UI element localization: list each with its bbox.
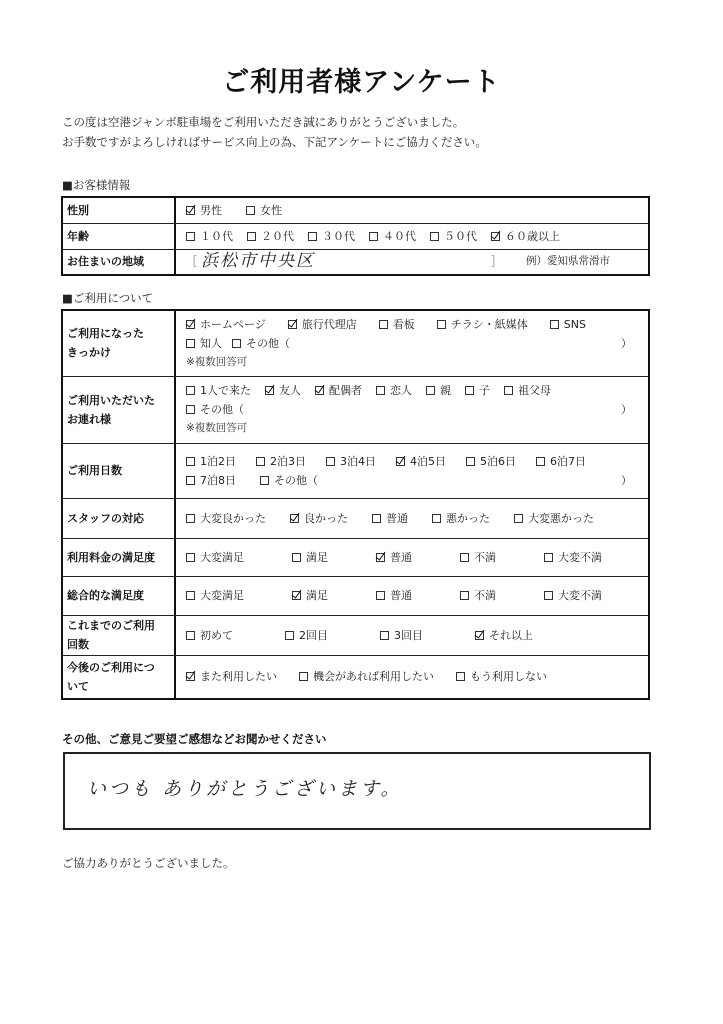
checkbox-label: 友人 xyxy=(279,381,301,400)
checkbox-label: ３０代 xyxy=(322,227,355,246)
checkbox-label: 普通 xyxy=(390,548,412,567)
checkbox-icon[interactable] xyxy=(369,232,378,241)
checkbox-option[interactable]: 大変満足 xyxy=(186,586,244,605)
checkbox-icon[interactable] xyxy=(292,553,301,562)
intro-text: この度は空港ジャンボ駐車場をご利用いただき誠にありがとうございました。 お手数で… xyxy=(62,112,487,152)
visits-label: これまでのご利用 回数 xyxy=(62,615,175,655)
region-input[interactable]: 浜松市中央区 xyxy=(201,252,491,271)
checkbox-icon[interactable] xyxy=(285,631,294,640)
checkbox-label: 満足 xyxy=(306,586,328,605)
price-options: 大変満足満足普通不満大変不満 xyxy=(175,538,649,576)
checkbox-label: 初めて xyxy=(200,626,233,645)
days-label: ご利用日数 xyxy=(62,443,175,498)
overall-options: 大変満足満足普通不満大変不満 xyxy=(175,576,649,615)
checkbox-option[interactable]: 大変不満 xyxy=(544,586,602,605)
checkbox-option[interactable]: 5泊6日 xyxy=(466,452,516,471)
future-option-list: また利用したい機会があれば利用したいもう利用しない xyxy=(186,667,638,686)
age-label: 年齢 xyxy=(62,223,175,249)
checked-checkbox-icon[interactable] xyxy=(396,457,405,466)
region-field-cell: ［ 浜松市中央区 ］ 例）愛知県常滑市 xyxy=(175,249,649,275)
checkbox-option[interactable]: 普通 xyxy=(376,548,412,567)
checkbox-option[interactable]: 良かった xyxy=(290,509,348,528)
comments-textarea[interactable]: いつも ありがとうございます。 xyxy=(63,752,651,830)
trigger-label-line-1: ご利用になった xyxy=(67,324,170,343)
checkbox-label: その他（ xyxy=(246,334,290,353)
checkbox-option[interactable]: また利用したい xyxy=(186,667,277,686)
checkbox-option[interactable]: 大変悪かった xyxy=(514,509,594,528)
checked-checkbox-icon[interactable] xyxy=(376,553,385,562)
checkbox-icon[interactable] xyxy=(379,320,388,329)
checkbox-label: 看板 xyxy=(393,315,415,334)
checkbox-option[interactable]: その他（ xyxy=(232,334,290,353)
gender-label: 性別 xyxy=(62,197,175,223)
visits-label-line-2: 回数 xyxy=(67,635,170,654)
checkbox-option[interactable]: 初めて xyxy=(186,626,233,645)
future-label-line-1: 今後のご利用につ xyxy=(67,658,170,677)
companions-label-line-2: お連れ様 xyxy=(67,410,170,429)
checkbox-label: また利用したい xyxy=(200,667,277,686)
price-label: 利用料金の満足度 xyxy=(62,538,175,576)
checkbox-label: 5泊6日 xyxy=(480,452,516,471)
overall-option-list: 大変満足満足普通不満大変不満 xyxy=(186,586,638,605)
checkbox-icon[interactable] xyxy=(186,476,195,485)
checkbox-option[interactable]: 普通 xyxy=(372,509,408,528)
checkbox-label: ４０代 xyxy=(383,227,416,246)
checkbox-icon[interactable] xyxy=(514,514,523,523)
checkbox-option[interactable]: 満足 xyxy=(292,586,328,605)
age-row: 年齢 １０代２０代３０代４０代５０代６０歳以上 xyxy=(62,223,649,249)
checkbox-label: 女性 xyxy=(260,201,282,220)
checkbox-option[interactable]: 3泊4日 xyxy=(326,452,376,471)
trigger-options: ホームページ旅行代理店看板チラシ・紙媒体SNS 知人その他（ ） ※複数回答可 xyxy=(175,310,649,376)
customer-info-table: 性別 男性女性 年齢 １０代２０代３０代４０代５０代６０歳以上 お住まいの地域 … xyxy=(61,196,650,276)
age-options: １０代２０代３０代４０代５０代６０歳以上 xyxy=(175,223,649,249)
checkbox-icon[interactable] xyxy=(376,386,385,395)
checkbox-label: 2泊3日 xyxy=(270,452,306,471)
checked-checkbox-icon[interactable] xyxy=(288,320,297,329)
companions-option-row-1: 1人で来た友人配偶者恋人親子祖父母 xyxy=(186,381,638,400)
region-example: 例）愛知県常滑市 xyxy=(526,252,610,271)
checkbox-option[interactable]: それ以上 xyxy=(475,626,533,645)
checkbox-label: 1人で来た xyxy=(200,381,251,400)
checkbox-option[interactable]: 1泊2日 xyxy=(186,452,236,471)
checkbox-icon[interactable] xyxy=(544,591,553,600)
checkbox-icon[interactable] xyxy=(186,514,195,523)
intro-line-1: この度は空港ジャンボ駐車場をご利用いただき誠にありがとうございました。 xyxy=(62,112,487,132)
checkbox-label: 大変悪かった xyxy=(528,509,594,528)
checkbox-icon[interactable] xyxy=(232,339,241,348)
checkbox-label: 2回目 xyxy=(299,626,328,645)
checkbox-option[interactable]: その他（ xyxy=(260,471,318,490)
checkbox-icon[interactable] xyxy=(256,457,265,466)
checkbox-option[interactable]: １０代 xyxy=(186,227,233,246)
checkbox-option[interactable]: 4泊5日 xyxy=(396,452,446,471)
companions-label-line-1: ご利用いただいた xyxy=(67,391,170,410)
intro-line-2: お手数ですがよろしければサービス向上の為、下記アンケートにご協力ください。 xyxy=(62,132,487,152)
future-label: 今後のご利用につ いて xyxy=(62,655,175,699)
checkbox-option[interactable]: もう利用しない xyxy=(456,667,547,686)
days-other-close: ） xyxy=(621,471,638,490)
checkbox-label: それ以上 xyxy=(489,626,533,645)
checkbox-option[interactable]: チラシ・紙媒体 xyxy=(437,315,528,334)
age-option-list: １０代２０代３０代４０代５０代６０歳以上 xyxy=(186,227,638,246)
usage-table: ご利用になった きっかけ ホームページ旅行代理店看板チラシ・紙媒体SNS 知人そ… xyxy=(61,309,650,700)
checked-checkbox-icon[interactable] xyxy=(186,672,195,681)
checkbox-icon[interactable] xyxy=(326,457,335,466)
checkbox-label: ２０代 xyxy=(261,227,294,246)
trigger-label-line-2: きっかけ xyxy=(67,343,170,362)
checkbox-icon[interactable] xyxy=(437,320,446,329)
checkbox-option[interactable]: 友人 xyxy=(265,381,301,400)
checkbox-option[interactable]: 配偶者 xyxy=(315,381,362,400)
checkbox-label: 4泊5日 xyxy=(410,452,446,471)
region-open-bracket: ［ xyxy=(186,252,197,271)
usage-section-heading: ■ご利用について xyxy=(62,290,153,306)
checkbox-icon[interactable] xyxy=(466,457,475,466)
future-label-line-2: いて xyxy=(67,677,170,696)
checkbox-icon[interactable] xyxy=(430,232,439,241)
overall-row: 総合的な満足度 大変満足満足普通不満大変不満 xyxy=(62,576,649,615)
checkbox-label: その他（ xyxy=(274,471,318,490)
checkbox-label: 不満 xyxy=(474,548,496,567)
checkbox-option[interactable]: 大変不満 xyxy=(544,548,602,567)
checkbox-icon[interactable] xyxy=(372,514,381,523)
staff-label: スタッフの対応 xyxy=(62,498,175,538)
checkbox-option[interactable]: 7泊8日 xyxy=(186,471,236,490)
region-label: お住まいの地域 xyxy=(62,249,175,275)
region-close-bracket: ］ xyxy=(491,252,502,271)
checkbox-icon[interactable] xyxy=(380,631,389,640)
checkbox-icon[interactable] xyxy=(504,386,513,395)
checkbox-option[interactable]: ３０代 xyxy=(308,227,355,246)
checkbox-label: もう利用しない xyxy=(470,667,547,686)
staff-option-list: 大変良かった良かった普通悪かった大変悪かった xyxy=(186,509,638,528)
checked-checkbox-icon[interactable] xyxy=(186,206,195,215)
checked-checkbox-icon[interactable] xyxy=(290,514,299,523)
checkbox-option[interactable]: 男性 xyxy=(186,201,222,220)
days-option-row-1: 1泊2日2泊3日3泊4日4泊5日5泊6日6泊7日 xyxy=(186,452,638,471)
checkbox-option[interactable]: 恋人 xyxy=(376,381,412,400)
checkbox-option[interactable]: ４０代 xyxy=(369,227,416,246)
price-option-list: 大変満足満足普通不満大変不満 xyxy=(186,548,638,567)
checkbox-icon[interactable] xyxy=(246,206,255,215)
checkbox-icon[interactable] xyxy=(432,514,441,523)
checkbox-option[interactable]: 不満 xyxy=(460,586,496,605)
checkbox-label: 6泊7日 xyxy=(550,452,586,471)
checkbox-label: 3泊4日 xyxy=(340,452,376,471)
checkbox-icon[interactable] xyxy=(465,386,474,395)
visits-label-line-1: これまでのご利用 xyxy=(67,616,170,635)
checkbox-icon[interactable] xyxy=(186,553,195,562)
trigger-option-row-2-list: 知人その他（ xyxy=(186,334,290,353)
checkbox-option[interactable]: ２０代 xyxy=(247,227,294,246)
days-option-row-2-list: 7泊8日その他（ xyxy=(186,471,318,490)
checkbox-option[interactable]: その他（ xyxy=(186,400,244,419)
region-line: ［ 浜松市中央区 ］ 例）愛知県常滑市 xyxy=(186,252,638,271)
trigger-row: ご利用になった きっかけ ホームページ旅行代理店看板チラシ・紙媒体SNS 知人そ… xyxy=(62,310,649,376)
days-row: ご利用日数 1泊2日2泊3日3泊4日4泊5日5泊6日6泊7日 7泊8日その他（ … xyxy=(62,443,649,498)
checkbox-icon[interactable] xyxy=(186,591,195,600)
companions-option-row-2: その他（ ） xyxy=(186,400,638,419)
checkbox-option[interactable]: 知人 xyxy=(186,334,222,353)
trigger-label: ご利用になった きっかけ xyxy=(62,310,175,376)
gender-options: 男性女性 xyxy=(175,197,649,223)
checked-checkbox-icon[interactable] xyxy=(475,631,484,640)
checkbox-option[interactable]: 満足 xyxy=(292,548,328,567)
checked-checkbox-icon[interactable] xyxy=(491,232,500,241)
checkbox-icon[interactable] xyxy=(186,457,195,466)
future-options: また利用したい機会があれば利用したいもう利用しない xyxy=(175,655,649,699)
checkbox-label: 大変満足 xyxy=(200,586,244,605)
checkbox-option[interactable]: 女性 xyxy=(246,201,282,220)
checkbox-icon[interactable] xyxy=(456,672,465,681)
checkbox-option[interactable]: 悪かった xyxy=(432,509,490,528)
checkbox-icon[interactable] xyxy=(460,553,469,562)
checkbox-icon[interactable] xyxy=(186,386,195,395)
checked-checkbox-icon[interactable] xyxy=(265,386,274,395)
comments-heading: その他、ご意見ご要望ご感想などお聞かせください xyxy=(62,731,327,747)
days-option-row-2: 7泊8日その他（ ） xyxy=(186,471,638,490)
checkbox-label: 普通 xyxy=(390,586,412,605)
checkbox-option[interactable]: 不満 xyxy=(460,548,496,567)
checkbox-option[interactable]: ５０代 xyxy=(430,227,477,246)
visits-options: 初めて2回目3回目それ以上 xyxy=(175,615,649,655)
checkbox-option[interactable]: 子 xyxy=(465,381,490,400)
checkbox-label: 良かった xyxy=(304,509,348,528)
visits-row: これまでのご利用 回数 初めて2回目3回目それ以上 xyxy=(62,615,649,655)
thanks-text: ご協力ありがとうございました。 xyxy=(62,855,235,871)
checkbox-label: 知人 xyxy=(200,334,222,353)
companions-option-row-2-list: その他（ xyxy=(186,400,244,419)
checkbox-icon[interactable] xyxy=(299,672,308,681)
price-row: 利用料金の満足度 大変満足満足普通不満大変不満 xyxy=(62,538,649,576)
checkbox-label: 悪かった xyxy=(446,509,490,528)
checkbox-option[interactable]: 祖父母 xyxy=(504,381,551,400)
trigger-note: ※複数回答可 xyxy=(186,353,638,372)
checkbox-icon[interactable] xyxy=(376,591,385,600)
checkbox-label: 配偶者 xyxy=(329,381,362,400)
checkbox-option[interactable]: 2回目 xyxy=(285,626,328,645)
checkbox-option[interactable]: 3回目 xyxy=(380,626,423,645)
staff-options: 大変良かった良かった普通悪かった大変悪かった xyxy=(175,498,649,538)
checkbox-option[interactable]: 6泊7日 xyxy=(536,452,586,471)
checkbox-label: 大変良かった xyxy=(200,509,266,528)
checkbox-option[interactable]: 大変満足 xyxy=(186,548,244,567)
companions-row: ご利用いただいた お連れ様 1人で来た友人配偶者恋人親子祖父母 その他（ ） ※… xyxy=(62,376,649,443)
future-row: 今後のご利用につ いて また利用したい機会があれば利用したいもう利用しない xyxy=(62,655,649,699)
checkbox-label: 3回目 xyxy=(394,626,423,645)
overall-label: 総合的な満足度 xyxy=(62,576,175,615)
checkbox-label: SNS xyxy=(564,315,586,334)
checkbox-icon[interactable] xyxy=(544,553,553,562)
checkbox-label: 子 xyxy=(479,381,490,400)
checkbox-icon[interactable] xyxy=(186,339,195,348)
checkbox-option[interactable]: SNS xyxy=(550,315,586,334)
checkbox-icon[interactable] xyxy=(186,631,195,640)
checked-checkbox-icon[interactable] xyxy=(186,320,195,329)
days-options: 1泊2日2泊3日3泊4日4泊5日5泊6日6泊7日 7泊8日その他（ ） xyxy=(175,443,649,498)
page-title: ご利用者様アンケート xyxy=(0,60,723,99)
trigger-option-row-2: 知人その他（ ） xyxy=(186,334,638,353)
checkbox-option[interactable]: 旅行代理店 xyxy=(288,315,357,334)
checkbox-option[interactable]: 普通 xyxy=(376,586,412,605)
staff-row: スタッフの対応 大変良かった良かった普通悪かった大変悪かった xyxy=(62,498,649,538)
companions-options: 1人で来た友人配偶者恋人親子祖父母 その他（ ） ※複数回答可 xyxy=(175,376,649,443)
comments-value: いつも ありがとうございます。 xyxy=(87,778,403,800)
checkbox-label: ５０代 xyxy=(444,227,477,246)
checkbox-label: 機会があれば利用したい xyxy=(313,667,434,686)
companions-note: ※複数回答可 xyxy=(186,419,638,438)
trigger-option-row-1: ホームページ旅行代理店看板チラシ・紙媒体SNS xyxy=(186,315,638,334)
checkbox-label: 満足 xyxy=(306,548,328,567)
companions-other-close: ） xyxy=(621,400,638,419)
checkbox-label: 親 xyxy=(440,381,451,400)
checkbox-label: １０代 xyxy=(200,227,233,246)
checkbox-icon[interactable] xyxy=(550,320,559,329)
checkbox-label: 恋人 xyxy=(390,381,412,400)
checkbox-label: ６０歳以上 xyxy=(505,227,560,246)
gender-option-list: 男性女性 xyxy=(186,201,638,220)
customer-section-heading: ■お客様情報 xyxy=(62,177,130,193)
checkbox-label: 7泊8日 xyxy=(200,471,236,490)
checkbox-icon[interactable] xyxy=(460,591,469,600)
checkbox-label: 大変不満 xyxy=(558,548,602,567)
checkbox-label: 大変満足 xyxy=(200,548,244,567)
checkbox-option[interactable]: ６０歳以上 xyxy=(491,227,560,246)
checked-checkbox-icon[interactable] xyxy=(315,386,324,395)
checkbox-icon[interactable] xyxy=(247,232,256,241)
checkbox-label: ホームページ xyxy=(200,315,266,334)
checkbox-option[interactable]: 看板 xyxy=(379,315,415,334)
checkbox-icon[interactable] xyxy=(308,232,317,241)
checkbox-icon[interactable] xyxy=(186,232,195,241)
checkbox-icon[interactable] xyxy=(536,457,545,466)
checkbox-label: 1泊2日 xyxy=(200,452,236,471)
checkbox-label: チラシ・紙媒体 xyxy=(451,315,528,334)
checked-checkbox-icon[interactable] xyxy=(292,591,301,600)
checkbox-option[interactable]: 1人で来た xyxy=(186,381,251,400)
checkbox-option[interactable]: 2泊3日 xyxy=(256,452,306,471)
checkbox-option[interactable]: 機会があれば利用したい xyxy=(299,667,434,686)
checkbox-option[interactable]: 親 xyxy=(426,381,451,400)
gender-row: 性別 男性女性 xyxy=(62,197,649,223)
checkbox-option[interactable]: ホームページ xyxy=(186,315,266,334)
checkbox-icon[interactable] xyxy=(260,476,269,485)
checkbox-label: 大変不満 xyxy=(558,586,602,605)
companions-label: ご利用いただいた お連れ様 xyxy=(62,376,175,443)
checkbox-label: 旅行代理店 xyxy=(302,315,357,334)
checkbox-option[interactable]: 大変良かった xyxy=(186,509,266,528)
trigger-other-close: ） xyxy=(621,334,638,353)
visits-option-list: 初めて2回目3回目それ以上 xyxy=(186,626,638,645)
checkbox-icon[interactable] xyxy=(186,405,195,414)
checkbox-label: 祖父母 xyxy=(518,381,551,400)
checkbox-label: 男性 xyxy=(200,201,222,220)
checkbox-label: 不満 xyxy=(474,586,496,605)
checkbox-label: 普通 xyxy=(386,509,408,528)
checkbox-icon[interactable] xyxy=(426,386,435,395)
checkbox-label: その他（ xyxy=(200,400,244,419)
region-row: お住まいの地域 ［ 浜松市中央区 ］ 例）愛知県常滑市 xyxy=(62,249,649,275)
